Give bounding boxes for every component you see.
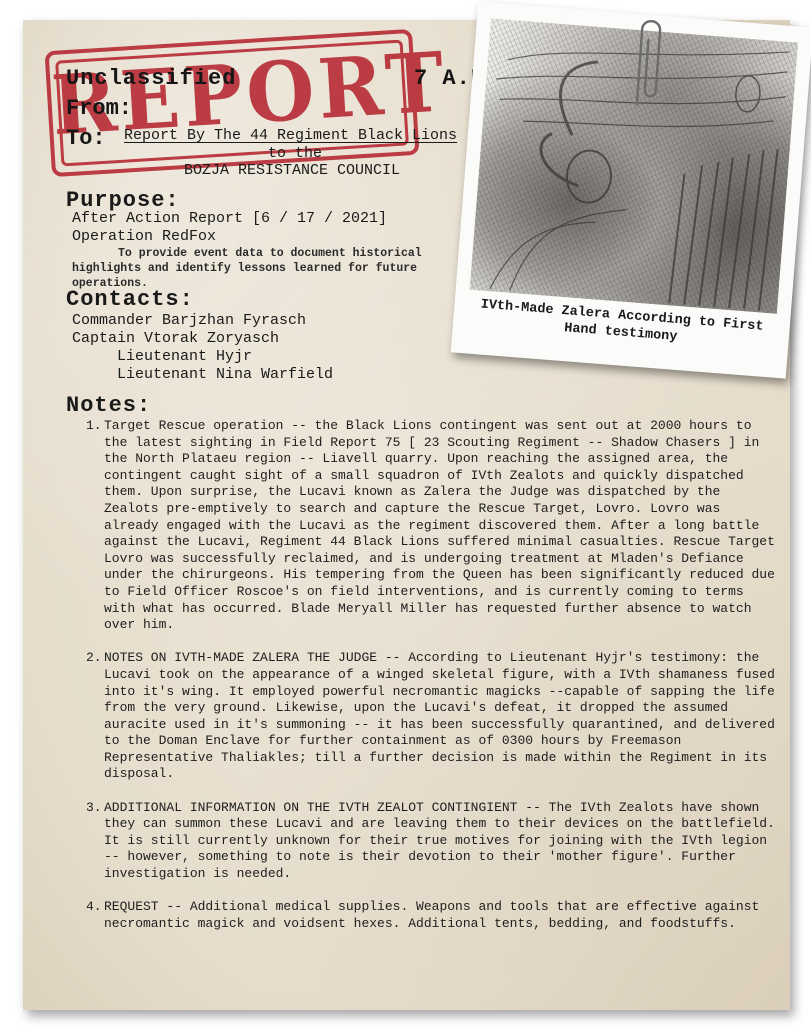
purpose-operation: Operation RedFox: [72, 228, 216, 245]
to-the-line: to the: [268, 145, 322, 162]
contacts-heading: Contacts:: [66, 287, 194, 312]
note-number: 2.: [86, 650, 102, 667]
note-number: 4.: [86, 899, 102, 916]
note-text: NOTES ON IVTH-MADE ZALERA THE JUDGE -- A…: [104, 650, 775, 781]
notes-list: 1. Target Rescue operation -- the Black …: [86, 418, 776, 949]
note-text: Target Rescue operation -- the Black Lio…: [104, 418, 775, 632]
note-text: ADDITIONAL INFORMATION ON THE IVTH ZEALO…: [104, 800, 775, 881]
note-number: 1.: [86, 418, 102, 435]
note-number: 3.: [86, 800, 102, 817]
contact-item: Lieutenant Nina Warfield: [117, 366, 333, 383]
note-item: 2. NOTES ON IVTH-MADE ZALERA THE JUDGE -…: [86, 650, 776, 783]
from-label: From:: [66, 96, 132, 121]
note-item: 1. Target Rescue operation -- the Black …: [86, 418, 776, 634]
note-item: 4. REQUEST -- Additional medical supplie…: [86, 899, 776, 932]
note-item: 3. ADDITIONAL INFORMATION ON THE IVTH ZE…: [86, 800, 776, 883]
recipient-line: BOZJA RESISTANCE COUNCIL: [184, 162, 400, 179]
contact-item: Commander Barjzhan Fyrasch: [72, 312, 306, 329]
purpose-description: To provide event data to document histor…: [72, 246, 422, 291]
contact-item: Captain Vtorak Zoryasch: [72, 330, 279, 347]
report-by-line: Report By The 44 Regiment Black Lions: [124, 127, 457, 144]
classification-label: Unclassified: [66, 66, 236, 91]
paperclip-icon: [627, 9, 668, 111]
note-text: REQUEST -- Additional medical supplies. …: [104, 899, 759, 931]
purpose-report-date: After Action Report [6 / 17 / 2021]: [72, 210, 387, 227]
notes-heading: Notes:: [66, 393, 151, 418]
to-label: To:: [66, 126, 106, 151]
contact-item: Lieutenant Hyjr: [117, 348, 252, 365]
